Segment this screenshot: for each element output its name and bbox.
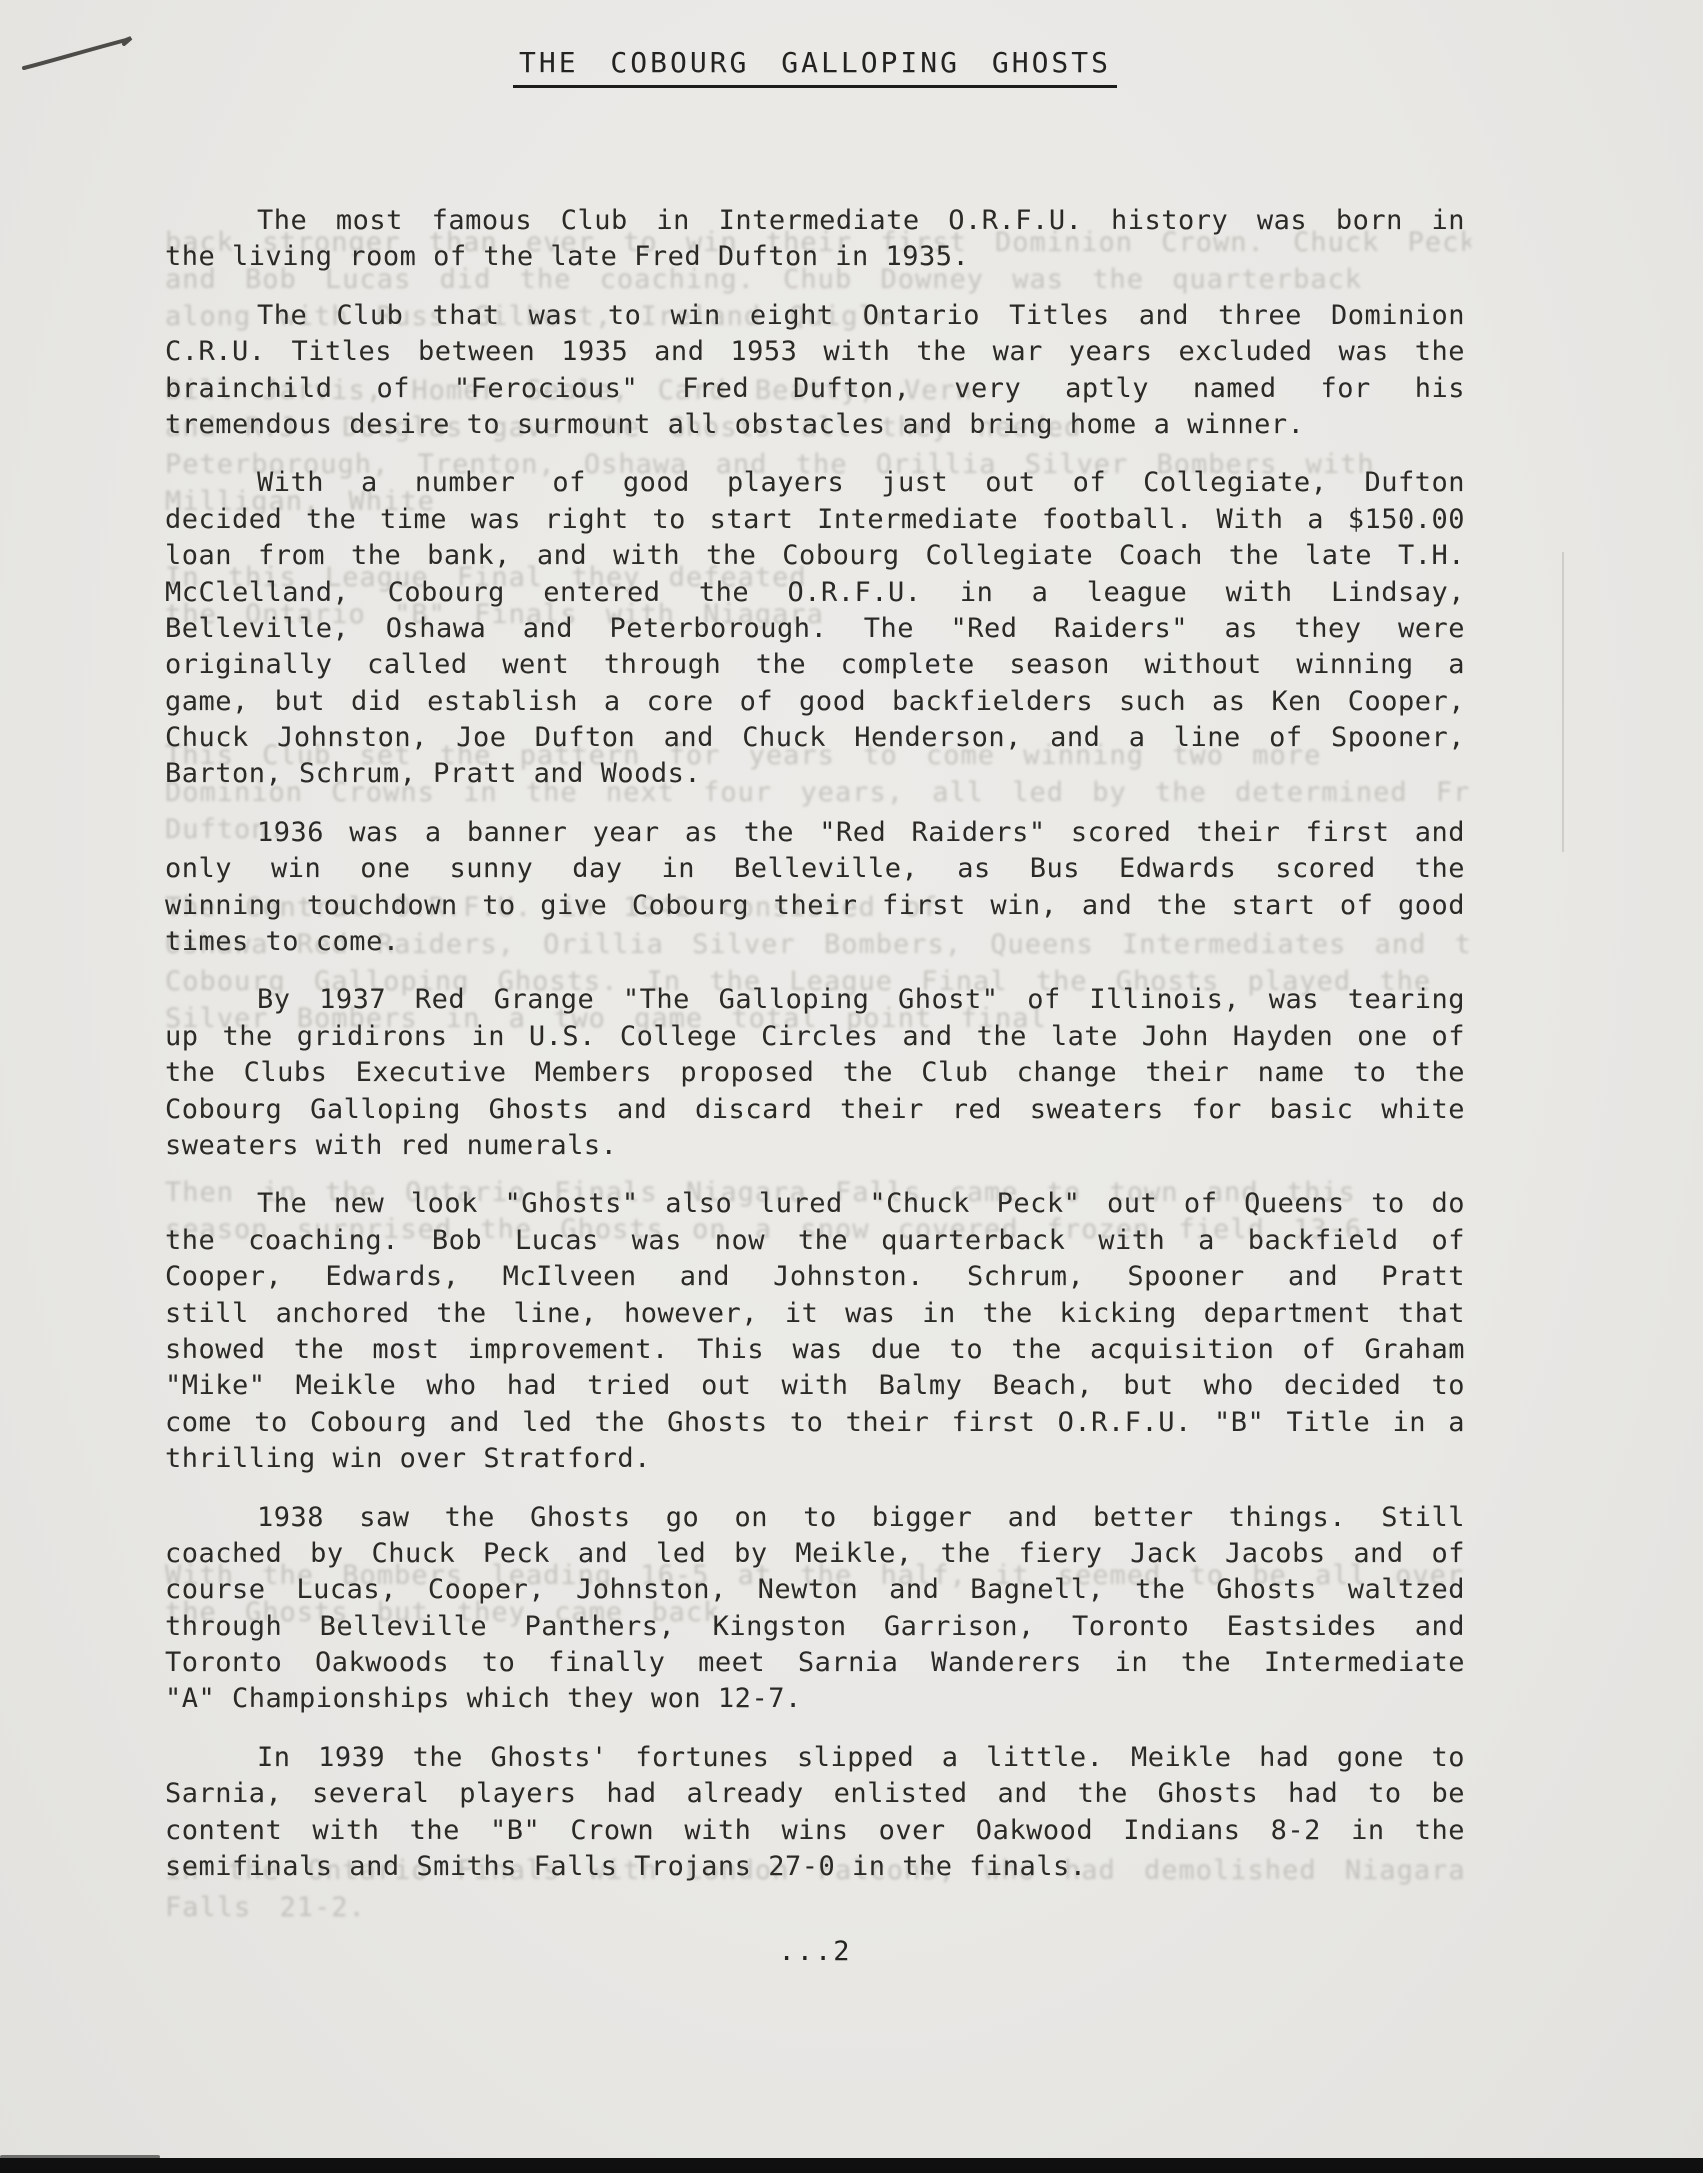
text-line: Belleville, Oshawa and Peterborough. The… [165,611,1465,647]
text-line: Barton, Schrum, Pratt and Woods. [165,756,1465,792]
paragraph: The Club that was to win eight Ontario T… [165,298,1465,444]
text-line: decided the time was right to start Inte… [165,502,1465,538]
text-line: loan from the bank, and with the Cobourg… [165,538,1465,574]
text-line: game, but did establish a core of good b… [165,684,1465,720]
paragraph: By 1937 Red Grange "The Galloping Ghost"… [165,982,1465,1164]
text-line: the living room of the late Fred Dufton … [165,239,1465,275]
text-line: come to Cobourg and led the Ghosts to th… [165,1405,1465,1441]
text-line: the Clubs Executive Members proposed the… [165,1055,1465,1091]
text-line: times to come. [165,924,1465,960]
text-line: the coaching. Bob Lucas was now the quar… [165,1223,1465,1259]
scanned-document-page: back stronger than ever to win their fir… [0,0,1703,2173]
text-line: showed the most improvement. This was du… [165,1332,1465,1368]
text-line: Sarnia, several players had already enli… [165,1776,1465,1812]
text-line: By 1937 Red Grange "The Galloping Ghost"… [165,982,1465,1018]
text-line: thrilling win over Stratford. [165,1441,1465,1477]
text-line: The most famous Club in Intermediate O.R… [165,203,1465,239]
text-line: In 1939 the Ghosts' fortunes slipped a l… [165,1740,1465,1776]
text-line: Toronto Oakwoods to finally meet Sarnia … [165,1645,1465,1681]
page-title: THE COBOURG GALLOPING GHOSTS [513,46,1117,88]
text-line: tremendous desire to surmount all obstac… [165,407,1465,443]
text-line: 1936 was a banner year as the "Red Raide… [165,815,1465,851]
text-line: 1938 saw the Ghosts go on to bigger and … [165,1500,1465,1536]
text-block: The most famous Club in Intermediate O.R… [165,203,1465,1907]
text-line: brainchild of "Ferocious" Fred Dufton, v… [165,371,1465,407]
text-line: winning touchdown to give Cobourg their … [165,888,1465,924]
text-line: up the gridirons in U.S. College Circles… [165,1019,1465,1055]
text-line: McClelland, Cobourg entered the O.R.F.U.… [165,575,1465,611]
text-line: still anchored the line, however, it was… [165,1296,1465,1332]
text-line: Cooper, Edwards, McIlveen and Johnston. … [165,1259,1465,1295]
text-line: The Club that was to win eight Ontario T… [165,298,1465,334]
paragraph: 1938 saw the Ghosts go on to bigger and … [165,1500,1465,1718]
text-line: originally called went through the compl… [165,647,1465,683]
text-line: only win one sunny day in Belleville, as… [165,851,1465,887]
scan-edge-bar [0,2158,1703,2173]
text-line: Chuck Johnston, Joe Dufton and Chuck Hen… [165,720,1465,756]
scan-fold-line [1562,552,1564,852]
text-line: C.R.U. Titles between 1935 and 1953 with… [165,334,1465,370]
text-line: coached by Chuck Peck and led by Meikle,… [165,1536,1465,1572]
text-line: through Belleville Panthers, Kingston Ga… [165,1609,1465,1645]
paragraph: The new look "Ghosts" also lured "Chuck … [165,1186,1465,1477]
text-line: course Lucas, Cooper, Johnston, Newton a… [165,1572,1465,1608]
text-line: "A" Championships which they won 12-7. [165,1681,1465,1717]
paragraph: The most famous Club in Intermediate O.R… [165,203,1465,276]
text-line: sweaters with red numerals. [165,1128,1465,1164]
paragraph: In 1939 the Ghosts' fortunes slipped a l… [165,1740,1465,1886]
paragraph: With a number of good players just out o… [165,465,1465,793]
page-title-wrap: THE COBOURG GALLOPING GHOSTS [165,46,1465,88]
paragraph: 1936 was a banner year as the "Red Raide… [165,815,1465,961]
text-line: content with the "B" Crown with wins ove… [165,1813,1465,1849]
text-line: Cobourg Galloping Ghosts and discard the… [165,1092,1465,1128]
pen-mark [18,18,148,78]
text-line: "Mike" Meikle who had tried out with Bal… [165,1368,1465,1404]
page-number: ...2 [165,1936,1465,1967]
text-line: semifinals and Smiths Falls Trojans 27-0… [165,1849,1465,1885]
text-line: The new look "Ghosts" also lured "Chuck … [165,1186,1465,1222]
text-line: With a number of good players just out o… [165,465,1465,501]
